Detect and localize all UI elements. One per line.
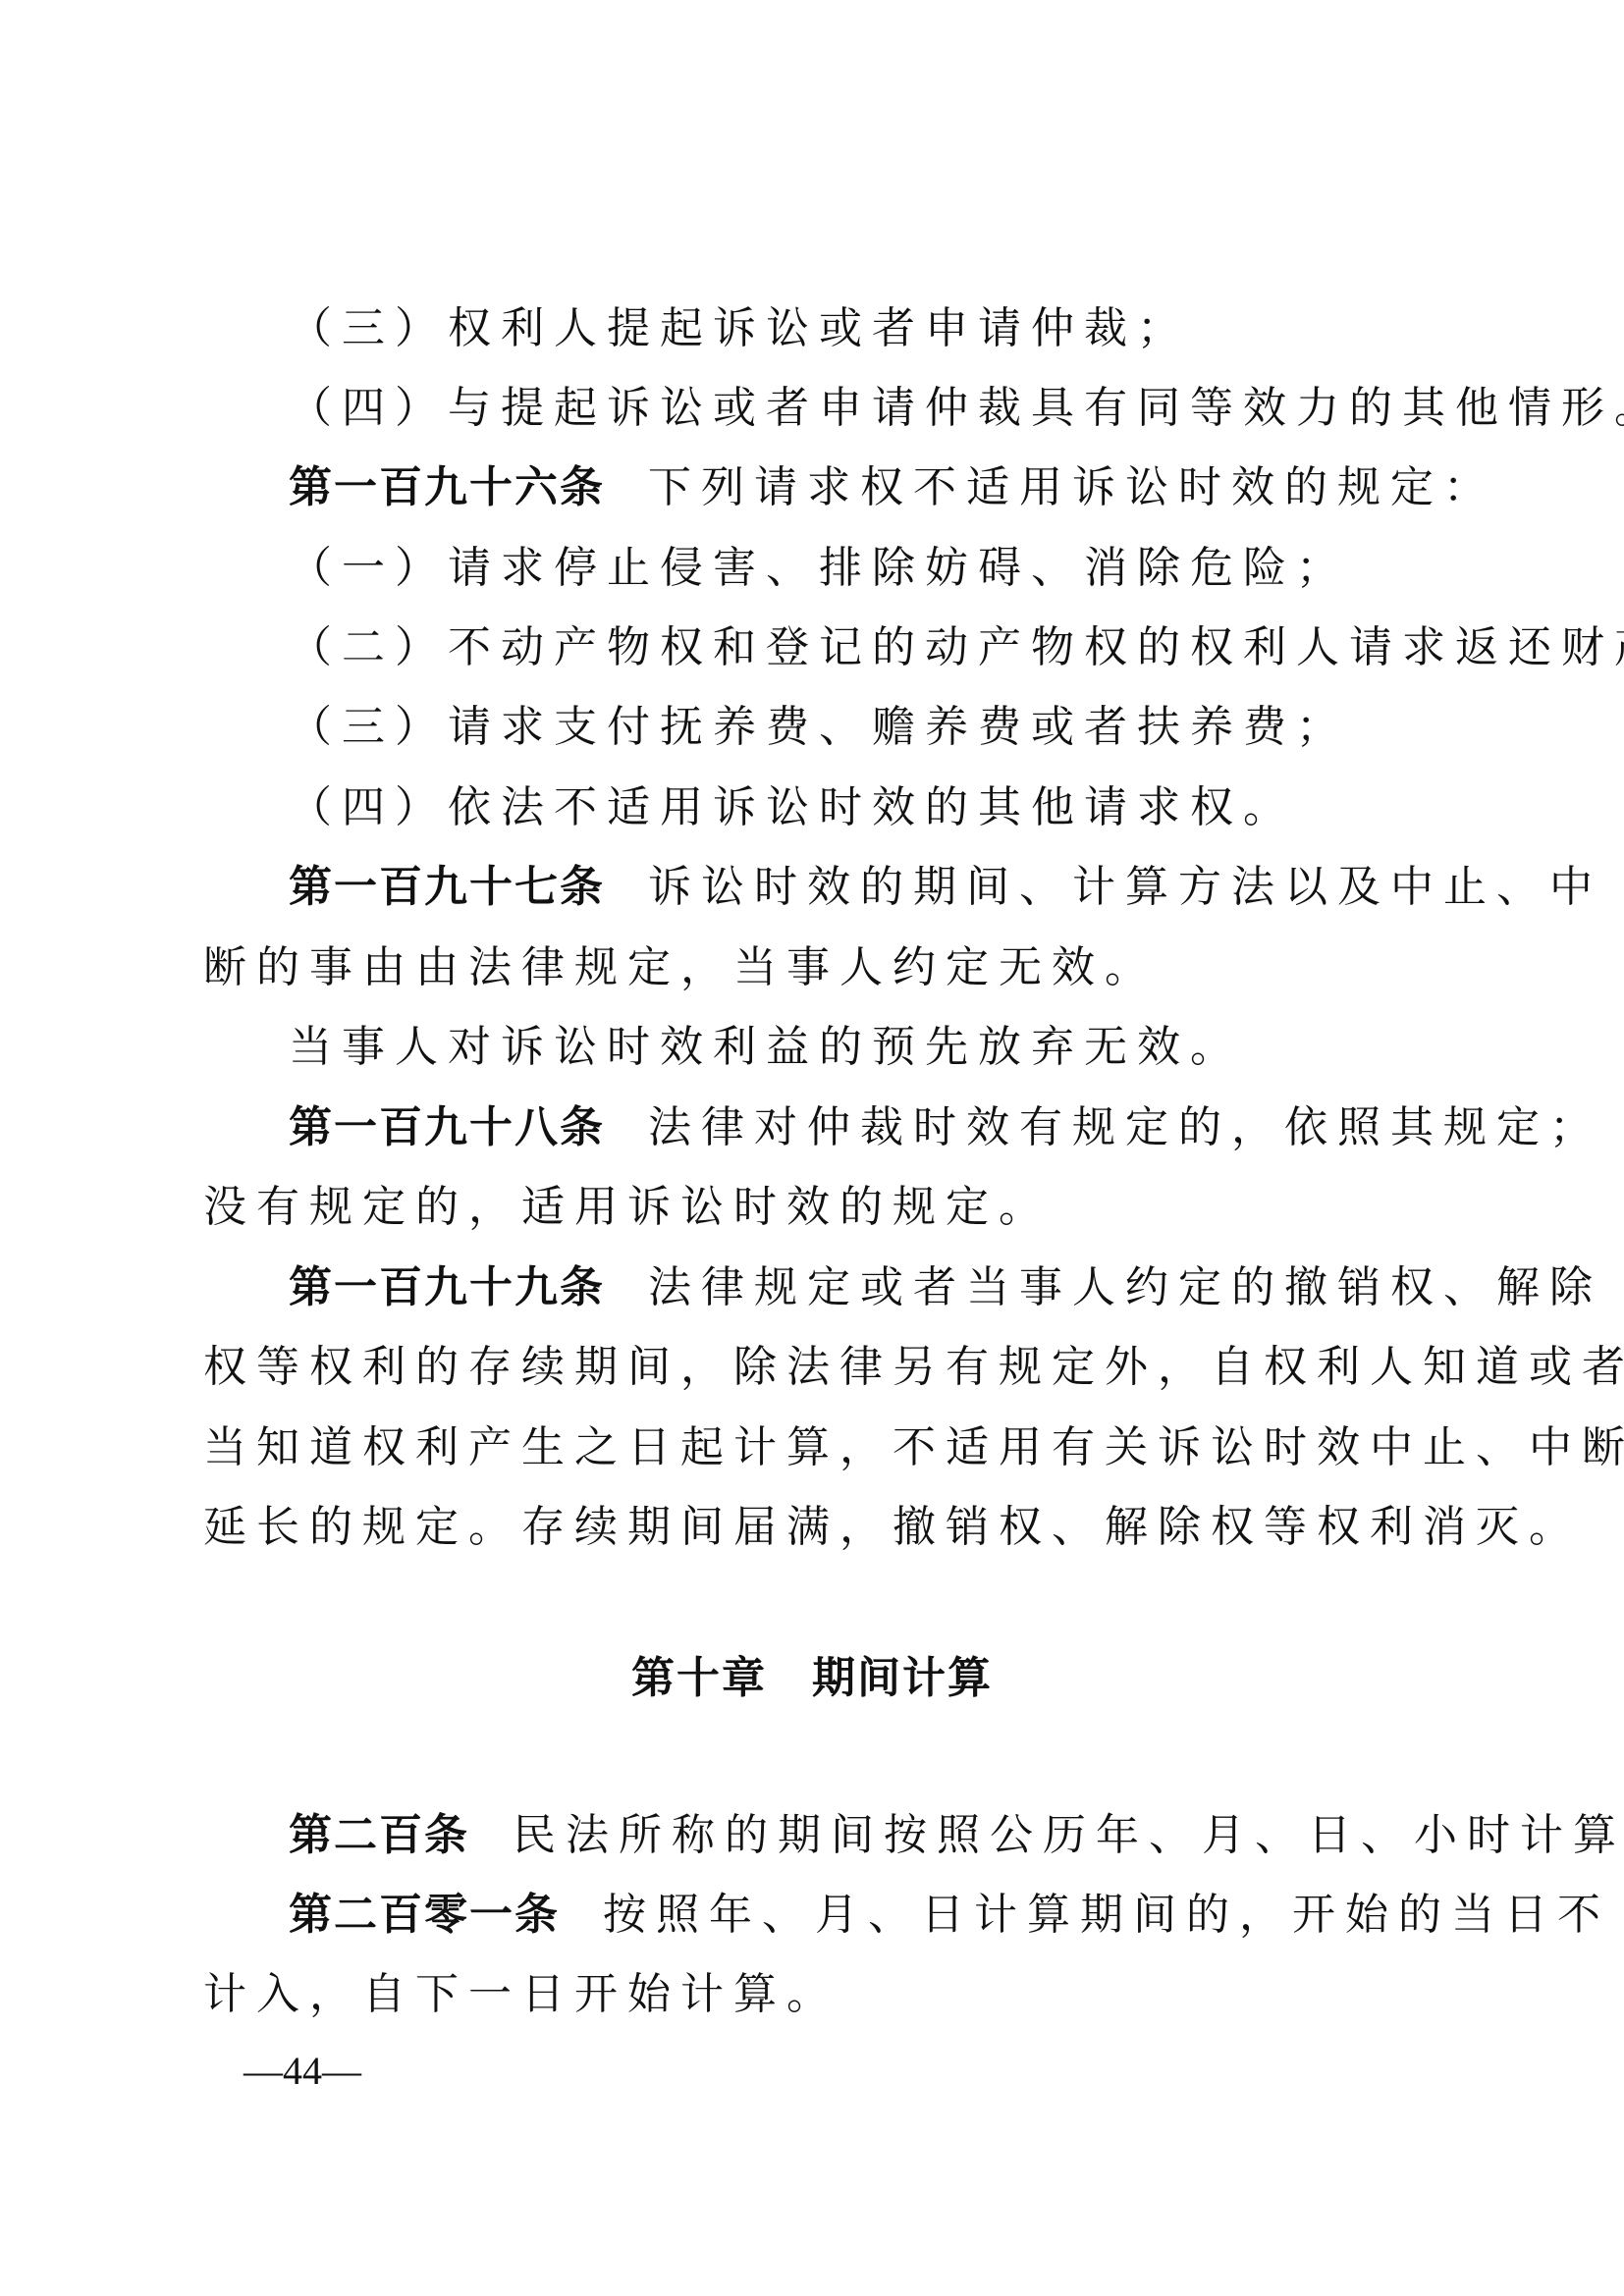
- article-196: 第一百九十六条下列请求权不适用诉讼时效的规定：: [289, 458, 1516, 517]
- article-text: 下列请求权不适用诉讼时效的规定：: [648, 462, 1496, 512]
- article-text-continuation: 当知道权利产生之日起计算，不适用有关诉讼时效中止、中断和: [203, 1418, 1431, 1477]
- article-paragraph: 当事人对诉讼时效利益的预先放弃无效。: [289, 1018, 1516, 1077]
- article-number: 第二百条: [289, 1810, 469, 1860]
- article-number: 第一百九十七条: [289, 862, 605, 912]
- clause-item: （三）权利人提起诉讼或者申请仲裁；: [289, 299, 1516, 358]
- clause-item: （三）请求支付抚养费、赡养费或者扶养费；: [289, 698, 1516, 757]
- article-number: 第一百九十六条: [289, 462, 605, 512]
- article-text: 诉讼时效的期间、计算方法以及中止、中: [648, 862, 1602, 912]
- article-text: 法律规定或者当事人约定的撤销权、解除: [648, 1262, 1602, 1312]
- article-197: 第一百九十七条诉讼时效的期间、计算方法以及中止、中: [289, 858, 1516, 917]
- article-text-continuation: 没有规定的，适用诉讼时效的规定。: [203, 1178, 1431, 1237]
- article-number: 第一百九十九条: [289, 1262, 605, 1312]
- article-text-continuation: 计入，自下一日开始计算。: [203, 1965, 1431, 2024]
- page-number: —44—: [244, 2047, 361, 2096]
- article-number: 第二百零一条: [289, 1890, 560, 1940]
- clause-item: （四）依法不适用诉讼时效的其他请求权。: [289, 778, 1516, 837]
- article-text: 按照年、月、日计算期间的，开始的当日不: [603, 1890, 1610, 1940]
- article-text: 民法所称的期间按照公历年、月、日、小时计算。: [513, 1810, 1624, 1860]
- article-text-continuation: 权等权利的存续期间，除法律另有规定外，自权利人知道或者应: [203, 1338, 1431, 1397]
- chapter-heading: 第十章 期间计算: [0, 1649, 1624, 1708]
- article-text-continuation: 断的事由由法律规定，当事人约定无效。: [203, 938, 1431, 997]
- document-page: （三）权利人提起诉讼或者申请仲裁； （四）与提起诉讼或者申请仲裁具有同等效力的其…: [0, 0, 1624, 2296]
- article-text-continuation: 延长的规定。存续期间届满，撤销权、解除权等权利消灭。: [203, 1498, 1431, 1557]
- clause-item: （一）请求停止侵害、排除妨碍、消除危险；: [289, 539, 1516, 598]
- article-201: 第二百零一条按照年、月、日计算期间的，开始的当日不: [289, 1886, 1516, 1945]
- clause-item: （四）与提起诉讼或者申请仲裁具有同等效力的其他情形。: [289, 379, 1516, 438]
- article-198: 第一百九十八条法律对仲裁时效有规定的，依照其规定；: [289, 1098, 1516, 1157]
- clause-item: （二）不动产物权和登记的动产物权的权利人请求返还财产；: [289, 618, 1516, 677]
- article-200: 第二百条民法所称的期间按照公历年、月、日、小时计算。: [289, 1806, 1516, 1865]
- article-number: 第一百九十八条: [289, 1102, 605, 1152]
- article-199: 第一百九十九条法律规定或者当事人约定的撤销权、解除: [289, 1258, 1516, 1317]
- article-text: 法律对仲裁时效有规定的，依照其规定；: [648, 1102, 1602, 1152]
